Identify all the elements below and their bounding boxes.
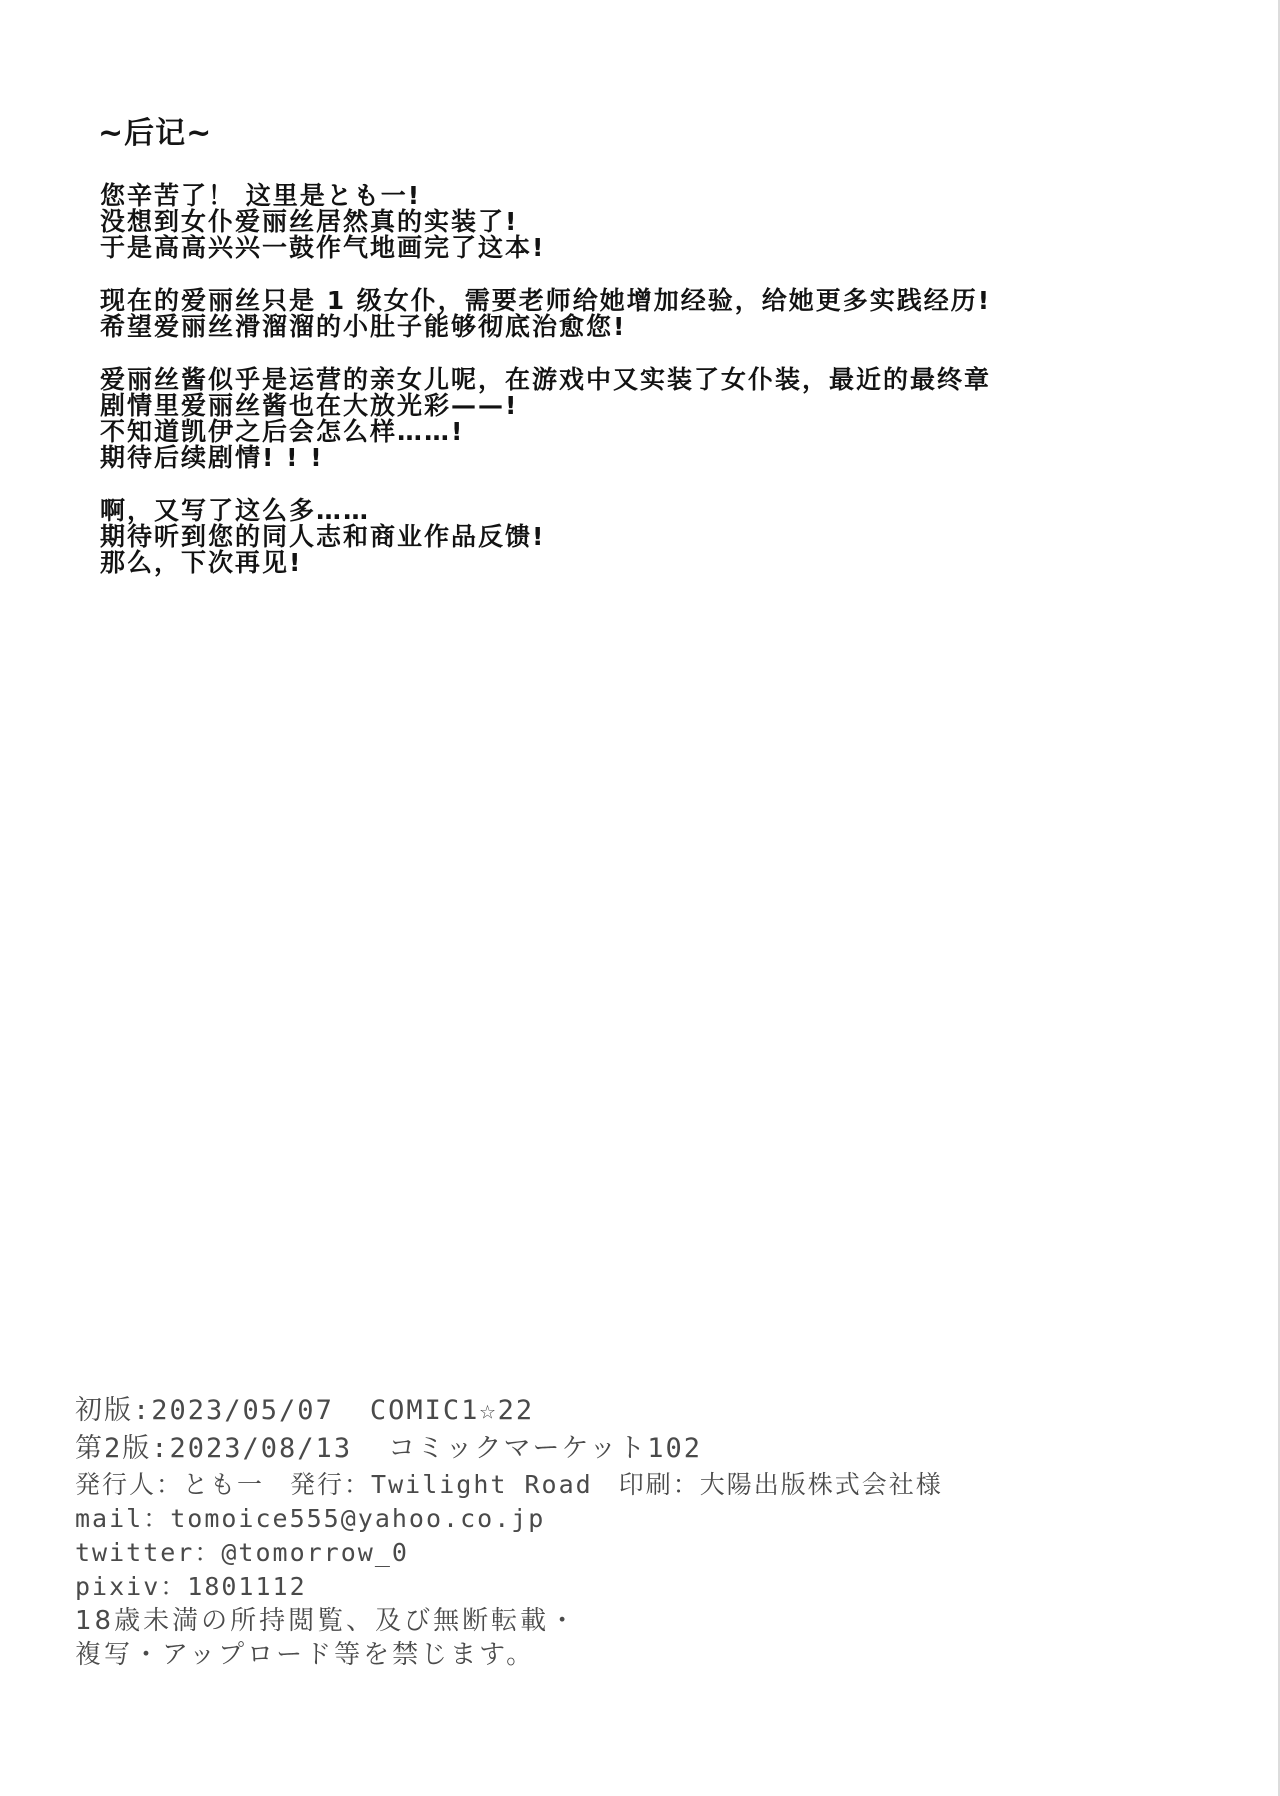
legal-notice-line: 18歳未満の所持閲覧、及び無断転載・ xyxy=(75,1604,1235,1638)
afterword-body: 您辛苦了！ 这里是とも一! 没想到女仆爱丽丝居然真的实装了! 于是高高兴兴一鼓作… xyxy=(100,183,1200,576)
first-edition-label: 初版: xyxy=(75,1395,151,1426)
author-name: とも一 xyxy=(183,1470,264,1499)
colophon: 初版:2023/05/07COMIC1☆22 第2版:2023/08/13コミッ… xyxy=(75,1392,1235,1672)
printer-name: 大陽出版株式会社様 xyxy=(700,1470,943,1499)
text-line: 剧情里爱丽丝酱也在大放光彩——! xyxy=(100,393,1200,419)
pixiv-label: pixiv： xyxy=(75,1572,187,1601)
pixiv-id: 1801112 xyxy=(187,1572,306,1601)
text-line: 不知道凯伊之后会怎么样……! xyxy=(100,419,1200,445)
publisher-label: 発行： xyxy=(290,1470,371,1499)
text-line: 那么，下次再见! xyxy=(100,550,1200,576)
text-line: 希望爱丽丝滑溜溜的小肚子能够彻底治愈您! xyxy=(100,314,1200,340)
twitter-line: twitter：@tomorrow_0 xyxy=(75,1536,1235,1570)
author-label: 発行人： xyxy=(75,1470,183,1499)
second-edition-date: 2023/08/13 xyxy=(170,1433,353,1464)
text-line: 啊，又写了这么多…… xyxy=(100,498,1200,524)
second-edition-event: コミックマーケット102 xyxy=(388,1433,702,1464)
mail-line: mail：tomoice555@yahoo.co.jp xyxy=(75,1502,1235,1536)
text-line: 于是高高兴兴一鼓作气地画完了这本! xyxy=(100,235,1200,261)
text-line: 您辛苦了！ 这里是とも一! xyxy=(100,183,1200,209)
text-line: 期待后续剧情! ! ! xyxy=(100,445,1200,471)
twitter-label: twitter： xyxy=(75,1538,221,1567)
paragraph-greeting: 您辛苦了！ 这里是とも一! 没想到女仆爱丽丝居然真的实装了! 于是高高兴兴一鼓作… xyxy=(100,183,1200,261)
credits-line: 発行人：とも一発行：Twilight Road印刷：大陽出版株式会社様 xyxy=(75,1468,1235,1502)
second-edition-line: 第2版:2023/08/13コミックマーケット102 xyxy=(75,1430,1235,1468)
text-line: 现在的爱丽丝只是 1 级女仆，需要老师给她增加经验，给她更多实践经历! xyxy=(100,288,1200,314)
text-line: 没想到女仆爱丽丝居然真的实装了! xyxy=(100,209,1200,235)
paragraph-closing: 啊，又写了这么多…… 期待听到您的同人志和商业作品反馈! 那么，下次再见! xyxy=(100,498,1200,576)
paragraph-story: 爱丽丝酱似乎是运营的亲女儿呢，在游戏中又实装了女仆装，最近的最终章 剧情里爱丽丝… xyxy=(100,367,1200,471)
twitter-handle: @tomorrow_0 xyxy=(221,1538,409,1567)
first-edition-event: COMIC1☆22 xyxy=(370,1395,534,1426)
first-edition-date: 2023/05/07 xyxy=(151,1395,334,1426)
publisher-name: Twilight Road xyxy=(371,1470,593,1499)
mail-label: mail： xyxy=(75,1504,170,1533)
text-line: 期待听到您的同人志和商业作品反馈! xyxy=(100,524,1200,550)
second-edition-label: 第2版: xyxy=(75,1433,170,1464)
text-line: 爱丽丝酱似乎是运营的亲女儿呢，在游戏中又实装了女仆装，最近的最终章 xyxy=(100,367,1200,393)
printer-label: 印刷： xyxy=(619,1470,700,1499)
afterword-heading: ~后记~ xyxy=(98,114,212,154)
pixiv-line: pixiv：1801112 xyxy=(75,1570,1235,1604)
paragraph-level: 现在的爱丽丝只是 1 级女仆，需要老师给她增加经验，给她更多实践经历! 希望爱丽… xyxy=(100,288,1200,340)
mail-address: tomoice555@yahoo.co.jp xyxy=(170,1504,545,1533)
first-edition-line: 初版:2023/05/07COMIC1☆22 xyxy=(75,1392,1235,1430)
legal-notice-line: 複写・アップロード等を禁じます。 xyxy=(75,1638,1235,1672)
